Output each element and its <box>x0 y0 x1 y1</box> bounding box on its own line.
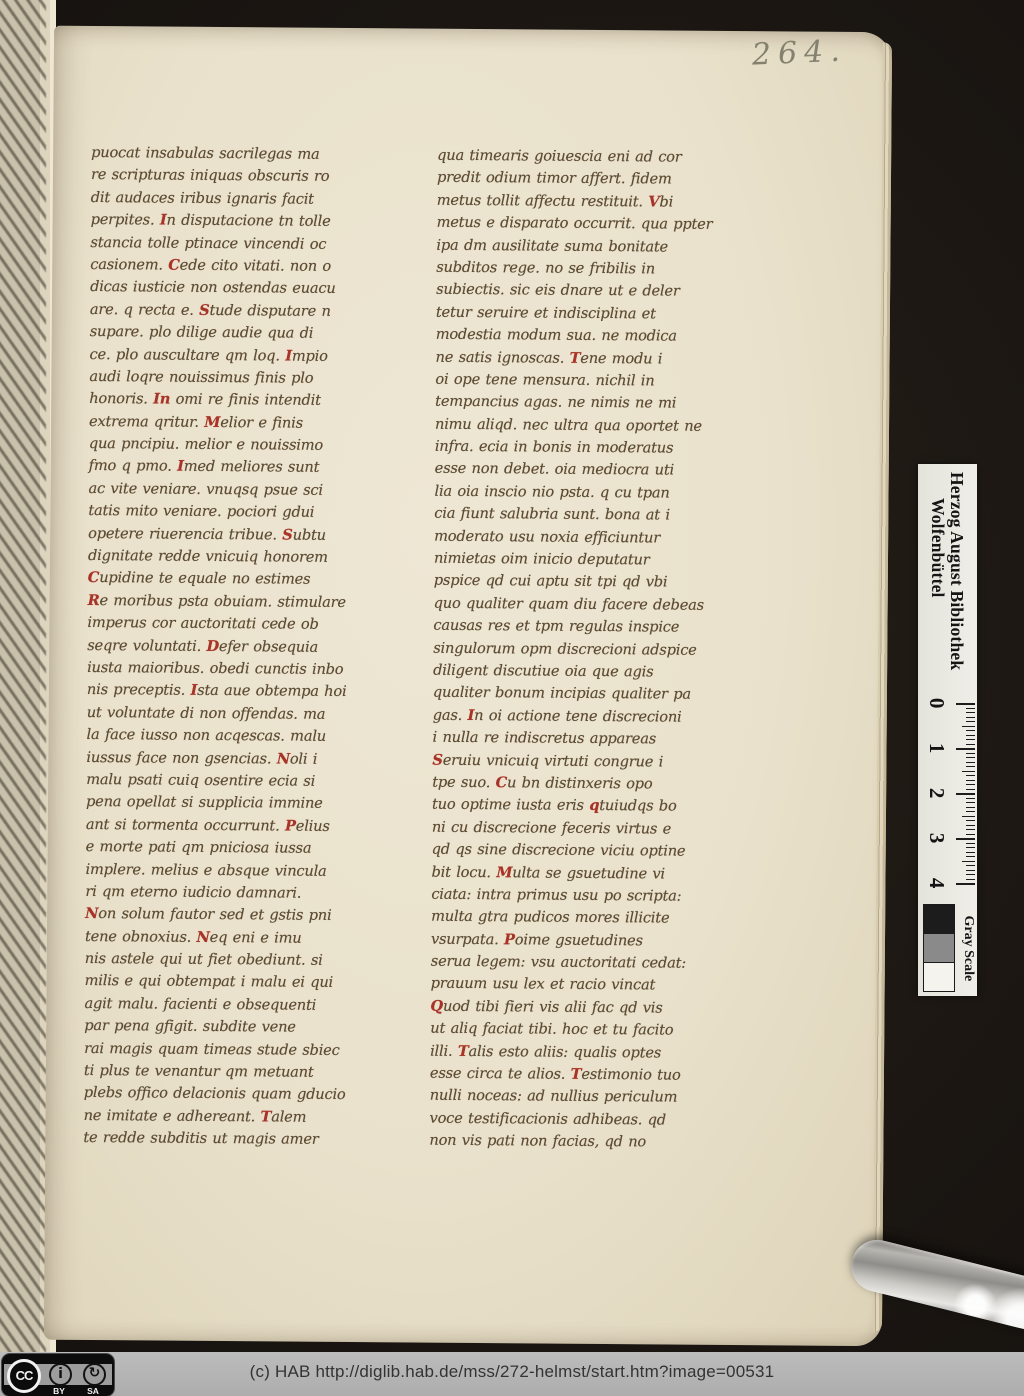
manuscript-line: qua pncipiu. melior e nouissimo <box>89 433 407 458</box>
manuscript-line: oi ope tene mensura. nichil in <box>435 369 753 394</box>
manuscript-line: pena opellat si supplicia immine <box>86 791 404 816</box>
manuscript-line: non vis pati non facias, qd no <box>429 1130 747 1155</box>
manuscript-line: quo qualiter quam diu facere debeas <box>434 592 752 617</box>
ruler-tick <box>966 753 975 754</box>
ruler-tick <box>962 726 975 727</box>
manuscript-line: nimu aliqd. nec ultra qua oportet ne <box>435 413 753 438</box>
manuscript-line: metus tollit affectu restituit. Vbi <box>437 189 755 214</box>
gray-scale-label: Gray Scale <box>960 900 976 996</box>
manuscript-line: ri qm eterno iudicio damnari. <box>85 881 403 906</box>
manuscript-line: iussus face non gsencias. Noli i <box>86 747 404 772</box>
manuscript-line: re scripturas iniquas obscuris ro <box>91 164 409 189</box>
manuscript-line: qua timearis goiuescia eni ad cor <box>437 145 755 170</box>
ruler-tick <box>966 870 975 871</box>
manuscript-line: lia oia inscio nio psta. q cu tpan <box>434 481 752 506</box>
ruler-tick <box>966 739 975 740</box>
manuscript-line: ant si tormenta occurrunt. Pelius <box>86 814 404 839</box>
institution-line1: Herzog August Bibliothek <box>948 472 967 697</box>
ruler-number: 4 <box>924 873 949 893</box>
cc-logo-icon: CC <box>7 1359 41 1393</box>
ruler-tick <box>966 762 975 763</box>
manuscript-line: ti plus te venantur qm metuant <box>84 1060 402 1085</box>
ruler-tick <box>956 838 975 840</box>
ruler-tick <box>966 780 975 781</box>
text-column-left: puocat insabulas sacrilegas mare scriptu… <box>83 142 409 1152</box>
manuscript-line: modestia modum sua. ne modica <box>436 324 754 349</box>
folio-number: 264. <box>751 33 847 72</box>
manuscript-line: nulli noceas: ad nullius periculum <box>430 1085 748 1110</box>
manuscript-line: tempancius agas. ne nimis ne mi <box>435 391 753 416</box>
ruler-scale: 01234 <box>918 697 977 896</box>
manuscript-line: are. q recta e. Stude disputare n <box>90 299 408 324</box>
ruler-tick <box>956 748 975 750</box>
cc-sa-label: SA <box>81 1386 105 1396</box>
manuscript-page: 264. puocat insabulas sacrilegas mare sc… <box>44 26 892 1347</box>
ruler-tick <box>966 789 975 790</box>
manuscript-line: ciata: intra primus usu po scripta: <box>431 884 749 909</box>
manuscript-line: rai magis quam timeas stude sbiec <box>84 1038 402 1063</box>
manuscript-line: subditos rege. no se fribilis in <box>436 257 754 282</box>
manuscript-line: bit locu. Multa se gsuetudine vi <box>431 861 749 886</box>
manuscript-line: tpe suo. Cu bn distinxeris opo <box>432 772 750 797</box>
manuscript-line: ce. plo auscultare qm loq. Impio <box>89 343 407 368</box>
ruler-tick <box>966 802 975 803</box>
manuscript-line: tene obnoxius. Neq eni e imu <box>85 926 403 951</box>
ruler-tick <box>966 811 975 812</box>
ruler-tick <box>966 717 975 718</box>
ruler-tick <box>966 721 975 722</box>
cc-license-badge[interactable]: CC i ↻ BY SA <box>1 1353 115 1396</box>
ruler-tick <box>962 771 975 772</box>
manuscript-line: ne imitate e adhereant. Talem <box>84 1105 402 1130</box>
gray-swatch <box>923 904 955 934</box>
ruler-tick <box>966 744 975 745</box>
ruler-tick <box>966 775 975 776</box>
manuscript-line: causas res et tpm regulas inspice <box>433 615 751 640</box>
ruler-tick <box>966 829 975 830</box>
manuscript-line: ni cu discrecione feceris virtus e <box>432 816 750 841</box>
manuscript-line: opetere riuerencia tribue. Subtu <box>88 523 406 548</box>
ruler-tick <box>966 879 975 880</box>
manuscript-line: par pena gfigit. subdite vene <box>84 1015 402 1040</box>
ruler-tick <box>966 820 975 821</box>
institution-line2: Wolfenbüttel <box>929 472 948 697</box>
ruler-tick <box>966 730 975 731</box>
manuscript-line: extrema qritur. Melior e finis <box>89 411 407 436</box>
manuscript-line: audi loqre nouissimus finis plo <box>89 366 407 391</box>
manuscript-line: perpites. In disputacione tn tolle <box>91 209 409 234</box>
manuscript-line: ac vite veniare. vnuqsq psue sci <box>88 478 406 503</box>
footer-bar: (c) HAB http://diglib.hab.de/mss/272-hel… <box>0 1352 1024 1396</box>
manuscript-line: te redde subditis ut magis amer <box>83 1127 401 1152</box>
manuscript-line: esse non debet. oia mediocra uti <box>435 458 753 483</box>
manuscript-line: subiectis. sic eis dnare ut e deler <box>436 279 754 304</box>
manuscript-line: Re moribus psta obuiam. stimulare <box>88 590 406 615</box>
manuscript-line: Non solum fautor sed et gstis pni <box>85 903 403 928</box>
manuscript-line: gas. In oi actione tene discrecioni <box>433 704 751 729</box>
ruler-tick <box>956 883 975 885</box>
manuscript-line: cia fiunt salubria sunt. bona at i <box>434 503 752 528</box>
manuscript-line: predit odium timor affert. fidem <box>437 167 755 192</box>
manuscript-line: implere. melius e absque vincula <box>85 858 403 883</box>
text-column-right: qua timearis goiuescia eni ad corpredit … <box>429 145 755 1155</box>
manuscript-line: infra. ecia in bonis in moderatus <box>435 436 753 461</box>
manuscript-line: esse circa te alios. Testimonio tuo <box>430 1063 748 1088</box>
cc-by-label: BY <box>47 1386 71 1396</box>
manuscript-line: dicas iusticie non ostendas euacu <box>90 276 408 301</box>
manuscript-line: qd qs sine discrecione viciu optine <box>432 839 750 864</box>
manuscript-line: singulorum opm discrecioni adspice <box>433 637 751 662</box>
manuscript-line: Quod tibi fieri vis alii fac qd vis <box>430 996 748 1021</box>
manuscript-line: e morte pati qm pniciosa iussa <box>86 836 404 861</box>
manuscript-line: supare. plo dilige audie qua di <box>90 321 408 346</box>
manuscript-line: qualiter bonum incipias qualiter pa <box>433 682 751 707</box>
manuscript-line: iusta maioribus. obedi cunctis inbo <box>87 657 405 682</box>
manuscript-line: agit malu. facienti e obsequenti <box>84 993 402 1018</box>
manuscript-line: puocat insabulas sacrilegas ma <box>91 142 409 167</box>
manuscript-line: moderato usu noxia efficiuntur <box>434 525 752 550</box>
gray-swatch <box>923 962 955 992</box>
manuscript-line: nis preceptis. Ista aue obtempa hoi <box>87 679 405 704</box>
manuscript-line: nimietas oim inicio deputatur <box>434 548 752 573</box>
manuscript-line: imperus cor auctoritati cede ob <box>87 612 405 637</box>
cc-sa-arrow-icon: ↻ <box>83 1363 106 1386</box>
ruler-tick <box>962 816 975 817</box>
ruler-tick <box>956 793 975 795</box>
ruler-tick <box>966 766 975 767</box>
gray-scale-swatches <box>923 904 955 991</box>
manuscript-line: multa gtra pudicos mores illicite <box>431 906 749 931</box>
manuscript-line: ut voluntate di non offendas. ma <box>87 702 405 727</box>
manuscript-line: tatis mito veniare. pociori gdui <box>88 500 406 525</box>
manuscript-line: pspice qd cui aptu sit tpi qd vbi <box>434 570 752 595</box>
manuscript-line: ipa dm ausilitate suma bonitate <box>436 234 754 259</box>
manuscript-line: serua legem: vsu auctoritati cedat: <box>431 951 749 976</box>
ruler-tick <box>956 703 975 705</box>
ruler-tick <box>966 843 975 844</box>
manuscript-line: prauum usu lex et racio vincat <box>431 973 749 998</box>
manuscript-line: fmo q pmo. Imed meliores sunt <box>89 455 407 480</box>
manuscript-line: Seruiu vnicuiq virtuti congrue i <box>432 749 750 774</box>
ruler-number: 0 <box>924 693 949 713</box>
manuscript-line: plebs offico delacionis quam gducio <box>84 1082 402 1107</box>
manuscript-line: dit audaces iribus ignaris facit <box>91 187 409 212</box>
ruler-tick <box>966 852 975 853</box>
copyright-text: (c) HAB http://diglib.hab.de/mss/272-hel… <box>0 1362 1024 1382</box>
manuscript-line: diligent discutiue oia que agis <box>433 660 751 685</box>
gray-swatch <box>923 933 955 963</box>
ruler-number: 1 <box>924 738 949 758</box>
ruler-number: 2 <box>924 783 949 803</box>
ruler-tick <box>966 856 975 857</box>
manuscript-line: milis e qui obtempat i malu ei qui <box>85 970 403 995</box>
gray-scale-target: Gray Scale <box>918 896 977 996</box>
manuscript-line: ne satis ignoscas. Tene modu i <box>435 346 753 371</box>
manuscript-line: metus e disparato occurrit. qua ppter <box>437 212 755 237</box>
ruler-number: 3 <box>924 828 949 848</box>
ruler-tick <box>966 712 975 713</box>
manuscript-line: tuo optime iusta eris qtuiudqs bo <box>432 794 750 819</box>
ruler-tick <box>966 825 975 826</box>
manuscript-line: dignitate redde vnicuiq honorem <box>88 545 406 570</box>
ruler-tick <box>966 874 975 875</box>
ruler-tick <box>966 834 975 835</box>
manuscript-line: tetur seruire et indisciplina et <box>436 301 754 326</box>
manuscript-line: ut aliq faciat tibi. hoc et tu facito <box>430 1018 748 1043</box>
ruler-tick <box>966 798 975 799</box>
manuscript-line: seqre voluntati. Defer obsequia <box>87 635 405 660</box>
ruler-tick <box>966 784 975 785</box>
facing-page-script-texture <box>0 0 46 1352</box>
manuscript-line: casionem. Cede cito vitati. non o <box>90 254 408 279</box>
manuscript-line: honoris. In omi re finis intendit <box>89 388 407 413</box>
manuscript-line: nis astele qui ut fiet obediunt. si <box>85 948 403 973</box>
manuscript-line: voce testificacionis adhibeas. qd <box>429 1107 747 1132</box>
ruler-tick <box>966 708 975 709</box>
manuscript-line: stancia tolle ptinace vincendi oc <box>90 232 408 257</box>
manuscript-line: Cupidine te equale no estimes <box>88 567 406 592</box>
ruler-tick <box>966 807 975 808</box>
color-reference-ruler: Herzog August Bibliothek Wolfenbüttel 01… <box>918 464 977 996</box>
manuscript-line: la face iusso non acqescas. malu <box>86 724 404 749</box>
manuscript-line: vsurpata. Poime gsuetudines <box>431 928 749 953</box>
ruler-tick <box>962 861 975 862</box>
manuscript-line: malu psati cuiq osentire ecia si <box>86 769 404 794</box>
manuscript-line: illi. Talis esto aliis: qualis optes <box>430 1040 748 1065</box>
institution-label: Herzog August Bibliothek Wolfenbüttel <box>929 464 967 697</box>
ruler-tick <box>966 757 975 758</box>
ruler-tick <box>966 735 975 736</box>
ruler-tick <box>966 865 975 866</box>
cc-by-person-icon: i <box>49 1363 72 1386</box>
ruler-tick <box>966 847 975 848</box>
manuscript-line: i nulla re indiscretus appareas <box>432 727 750 752</box>
